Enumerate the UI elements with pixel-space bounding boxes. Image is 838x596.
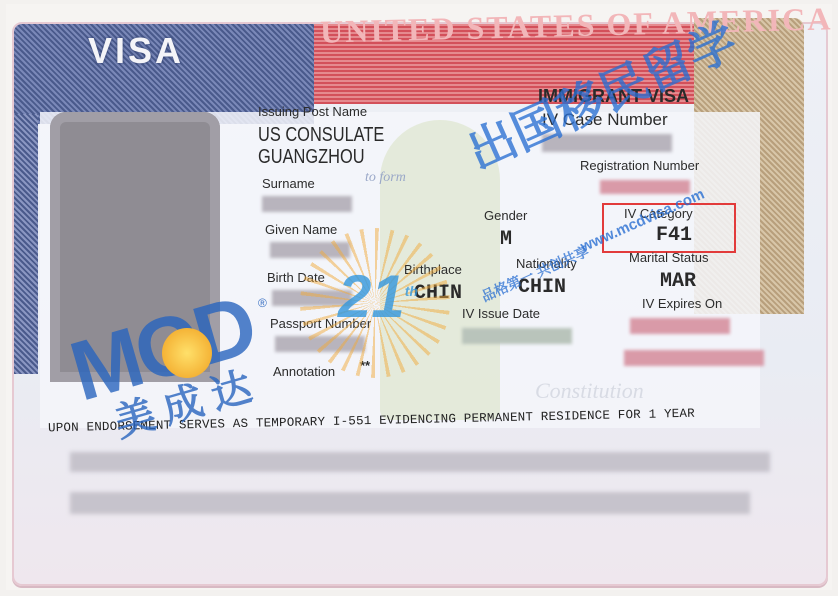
- registration-number-value-redacted: [600, 180, 690, 194]
- issuing-post-line2: GUANGZHOU: [258, 146, 365, 169]
- iv-expires-on-label: IV Expires On: [642, 296, 722, 311]
- issuing-post-line1: US CONSULATE: [258, 124, 384, 147]
- registered-mark: ®: [258, 296, 267, 310]
- gender-value: M: [500, 228, 512, 251]
- annotation-label: Annotation: [273, 364, 335, 379]
- gender-label: Gender: [484, 208, 527, 223]
- given-name-label: Given Name: [265, 222, 337, 237]
- surname-value-redacted: [262, 196, 352, 212]
- mrz-line-2-redacted: [70, 492, 750, 514]
- background-text-to-form: to form: [365, 170, 406, 186]
- background-text-constitution: Constitution: [535, 378, 644, 404]
- marital-status-label: Marital Status: [629, 250, 708, 265]
- issuing-post-label: Issuing Post Name: [258, 104, 367, 119]
- surname-label: Surname: [262, 176, 315, 191]
- marital-status-value: MAR: [660, 270, 696, 293]
- visa-title: VISA: [88, 30, 184, 72]
- iv-category-value: F41: [656, 224, 692, 247]
- registration-number-label: Registration Number: [580, 158, 699, 173]
- iv-issue-date-value-redacted: [462, 328, 572, 344]
- iv-expires-on-value-redacted: [630, 318, 730, 334]
- extra-value-redacted: [624, 350, 764, 366]
- mrz-line-1-redacted: [70, 452, 770, 472]
- visa-left-border: [14, 114, 38, 374]
- iv-issue-date-label: IV Issue Date: [462, 306, 540, 321]
- badge-21-text: 21th: [338, 262, 418, 331]
